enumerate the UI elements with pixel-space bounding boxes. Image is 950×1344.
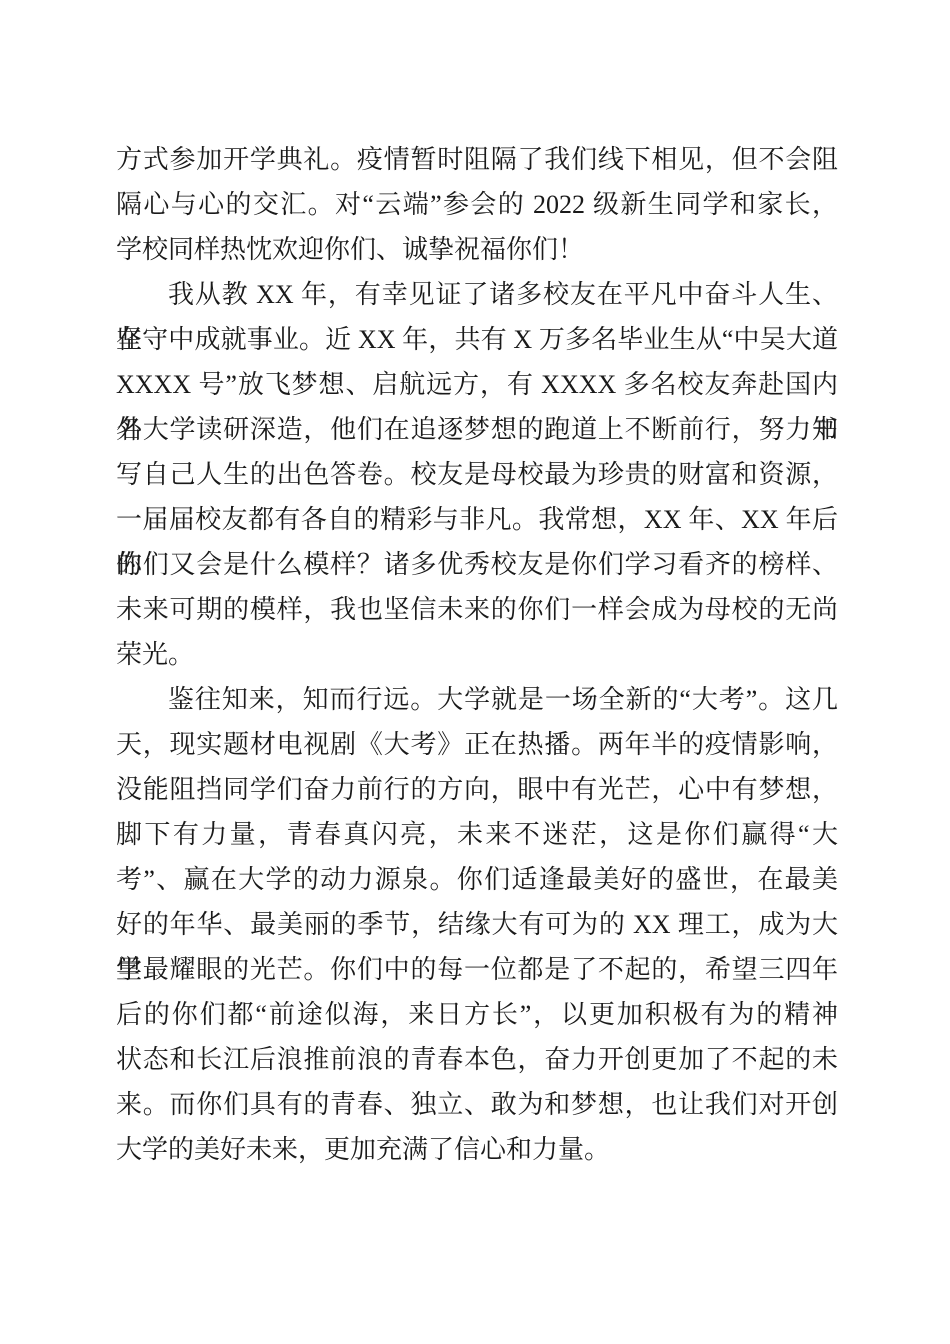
text-line: 坚守中成就事业。近 XX 年，共有 X 万多名毕业生从“中吴大道 <box>116 317 838 362</box>
text-line: 学校同样热忱欢迎你们、诚挚祝福你们！ <box>116 227 838 272</box>
text-line: 考”、赢在大学的动力源泉。你们适逢最美好的盛世，在最美 <box>116 857 838 902</box>
text-line: 荣光。 <box>116 632 838 677</box>
text-line: 天，现实题材电视剧《大考》正在热播。两年半的疫情影响， <box>116 722 838 767</box>
text-line: 大学的美好未来，更加充满了信心和力量。 <box>116 1127 838 1172</box>
paragraph-1: 方式参加开学典礼。疫情暂时阻隔了我们线下相见，但不会阻隔心与心的交汇。对“云端”… <box>116 137 838 272</box>
text-line: 写自己人生的出色答卷。校友是母校最为珍贵的财富和资源， <box>116 452 838 497</box>
text-line: 里最耀眼的光芒。你们中的每一位都是了不起的，希望三四年 <box>116 947 838 992</box>
text-line: 方式参加开学典礼。疫情暂时阻隔了我们线下相见，但不会阻 <box>116 137 838 182</box>
text-line: 未来可期的模样，我也坚信未来的你们一样会成为母校的无尚 <box>116 587 838 632</box>
text-line: 没能阻挡同学们奋力前行的方向，眼中有光芒，心中有梦想， <box>116 767 838 812</box>
text-line: 你们又会是什么模样？诸多优秀校友是你们学习看齐的榜样、 <box>116 542 838 587</box>
paragraph-3: 鉴往知来，知而行远。大学就是一场全新的“大考”。这几天，现实题材电视剧《大考》正… <box>116 677 838 1172</box>
text-line: XXXX 号”放飞梦想、启航远方，有 XXXX 多名校友奔赴国内外知 <box>116 362 838 407</box>
text-line: 状态和长江后浪推前浪的青春本色，奋力开创更加了不起的未 <box>116 1037 838 1082</box>
text-line: 来。而你们具有的青春、独立、敢为和梦想，也让我们对开创 <box>116 1082 838 1127</box>
text-line: 后的你们都“前途似海，来日方长”，以更加积极有为的精神 <box>116 992 838 1037</box>
paragraph-2: 我从教 XX 年，有幸见证了诸多校友在平凡中奋斗人生、在坚守中成就事业。近 XX… <box>116 272 838 677</box>
text-line: 隔心与心的交汇。对“云端”参会的 2022 级新生同学和家长， <box>116 182 838 227</box>
text-line: 名大学读研深造，他们在追逐梦想的跑道上不断前行，努力书 <box>116 407 838 452</box>
document-page: 方式参加开学典礼。疫情暂时阻隔了我们线下相见，但不会阻隔心与心的交汇。对“云端”… <box>0 0 950 1344</box>
text-line: 鉴往知来，知而行远。大学就是一场全新的“大考”。这几 <box>116 677 838 722</box>
text-line: 我从教 XX 年，有幸见证了诸多校友在平凡中奋斗人生、在 <box>116 272 838 317</box>
text-line: 好的年华、最美丽的季节，结缘大有可为的 XX 理工，成为大学 <box>116 902 838 947</box>
text-line: 一届届校友都有各自的精彩与非凡。我常想，XX 年、XX 年后的 <box>116 497 838 542</box>
text-line: 脚下有力量，青春真闪亮，未来不迷茫，这是你们赢得“大 <box>116 812 838 857</box>
document-body: 方式参加开学典礼。疫情暂时阻隔了我们线下相见，但不会阻隔心与心的交汇。对“云端”… <box>116 137 838 1172</box>
